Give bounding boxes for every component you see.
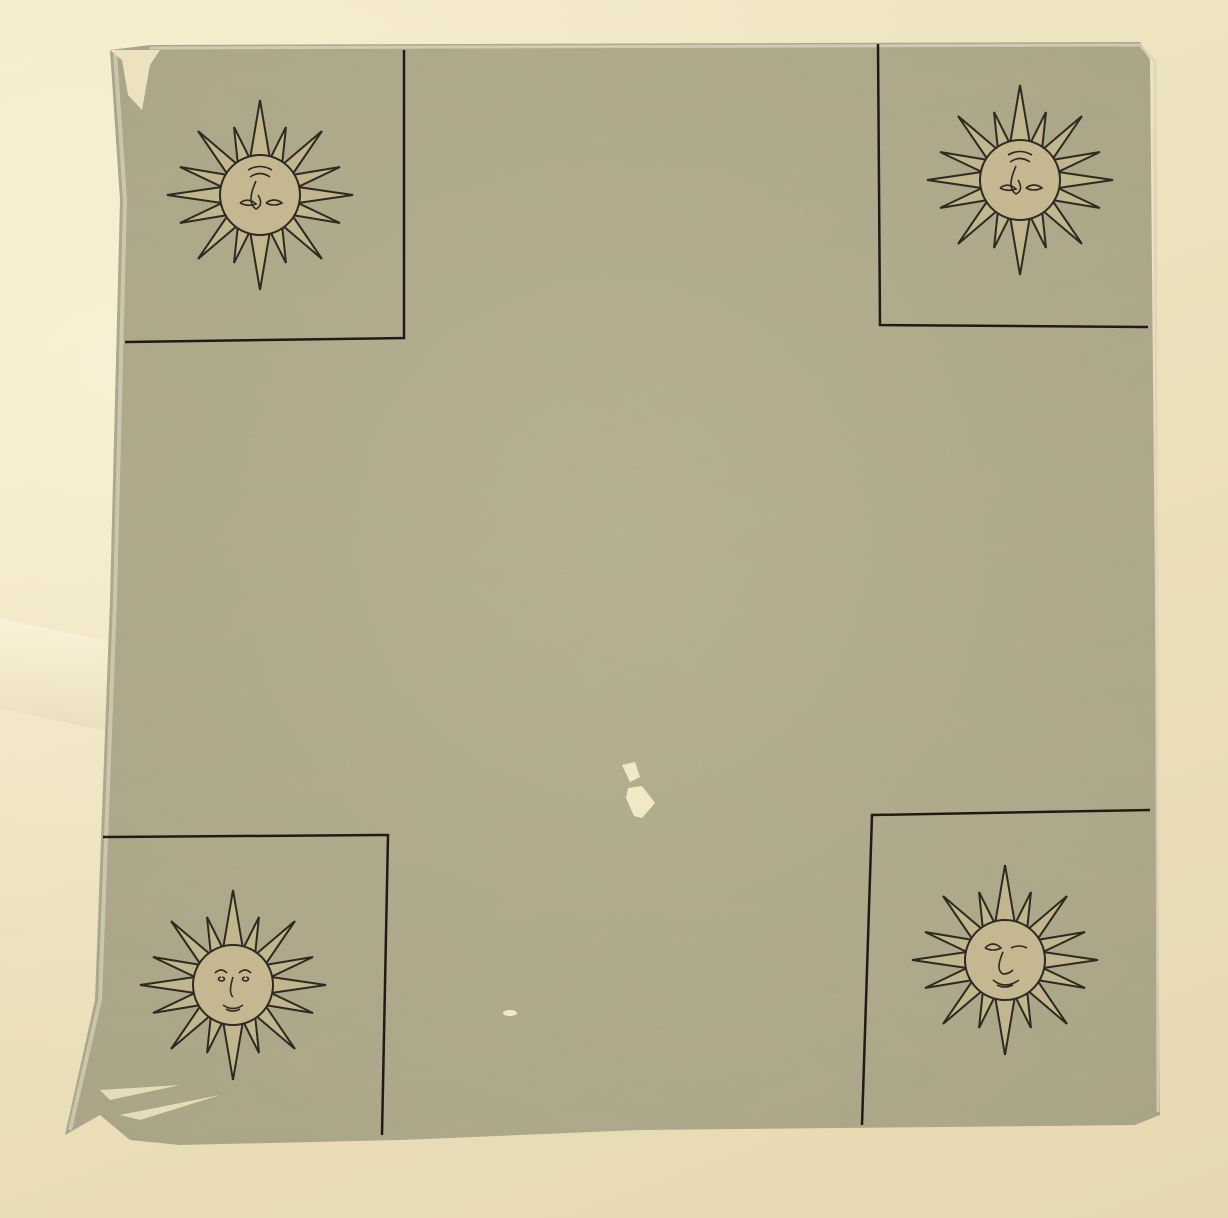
flag-photo bbox=[0, 0, 1228, 1218]
